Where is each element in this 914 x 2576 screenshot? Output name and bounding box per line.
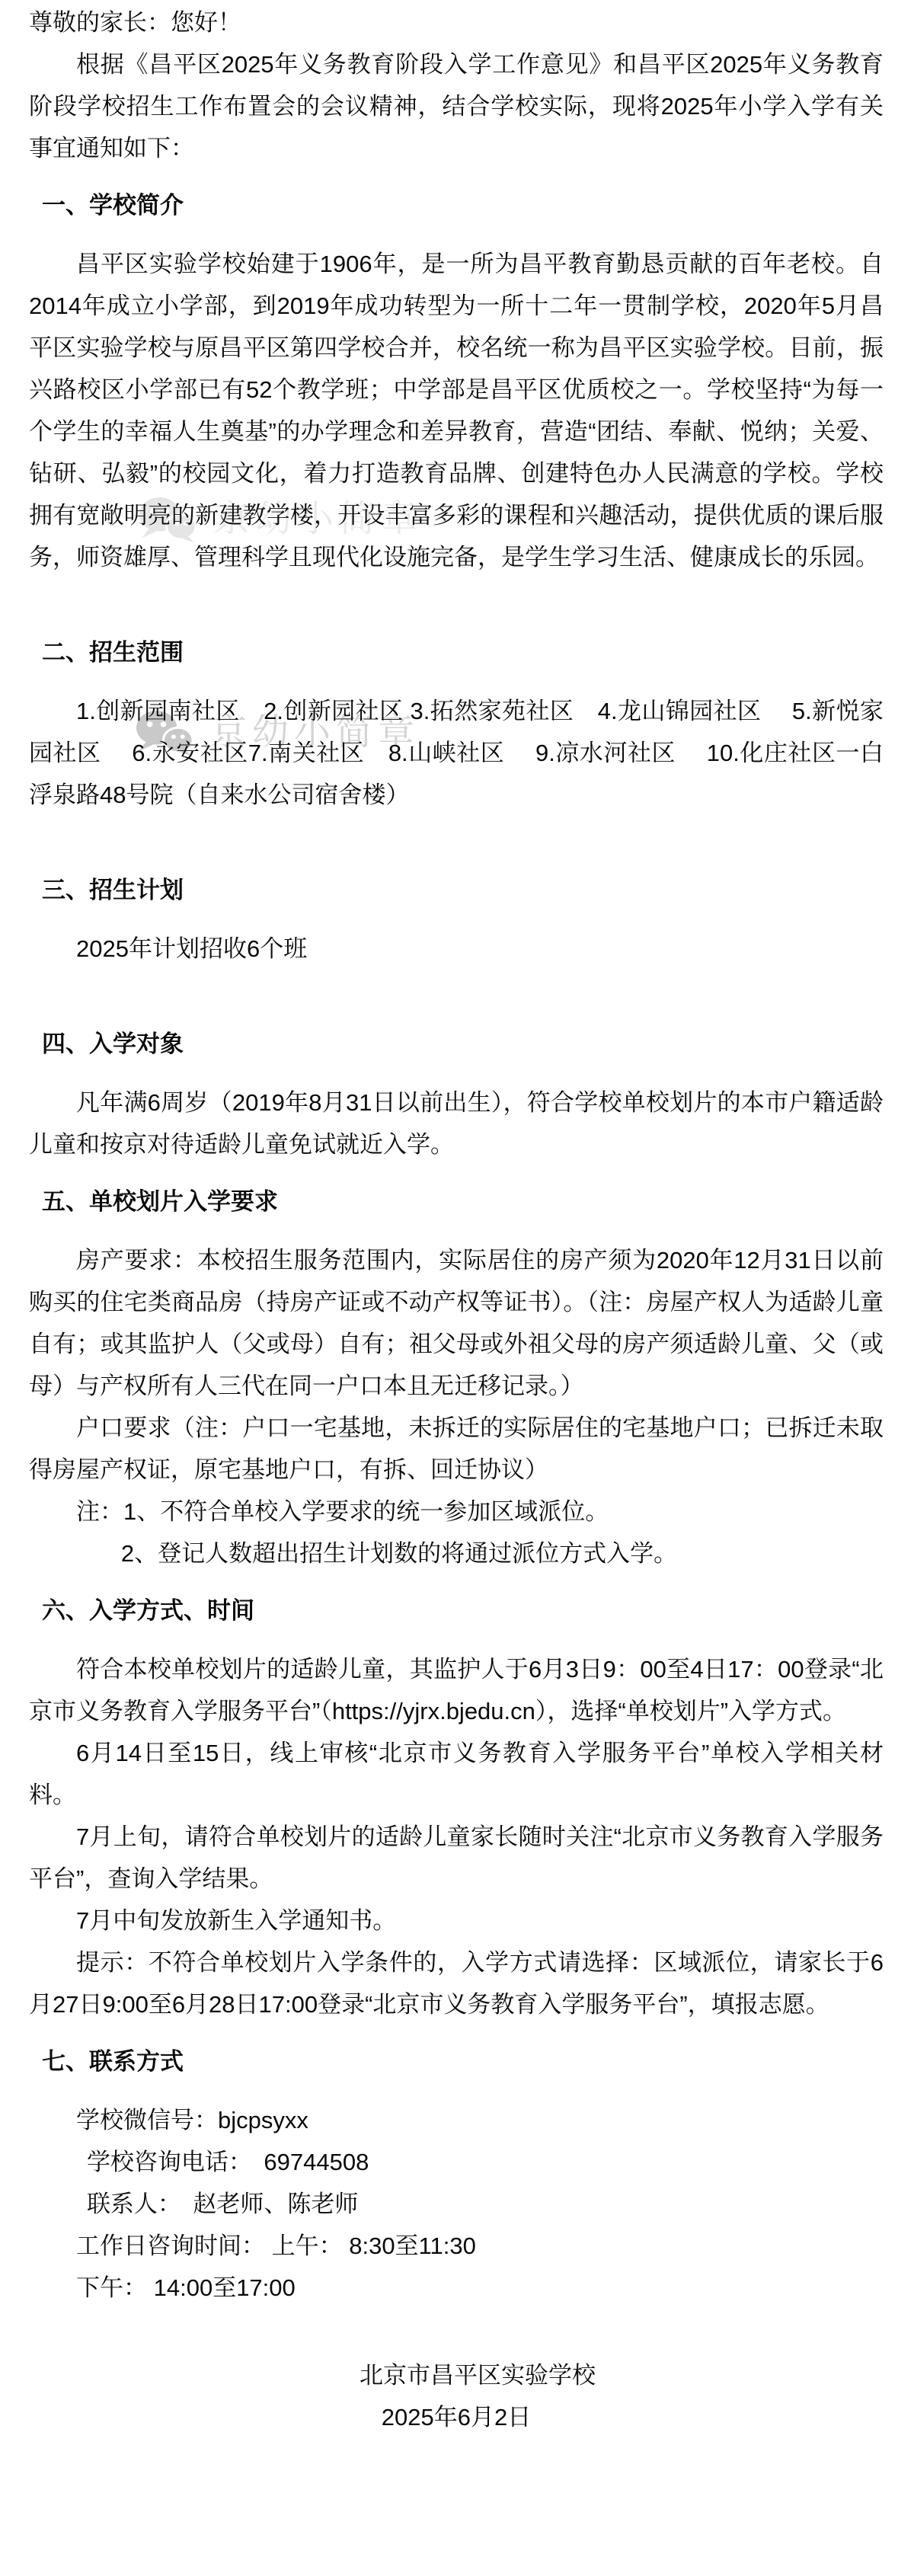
contact-person: 联系人： 赵老师、陈老师: [29, 2183, 884, 2225]
paragraph: 户口要求（注：户口一宅基地，未拆迁的实际居住的宅基地户口；已拆迁未取得房屋产权证…: [29, 1407, 884, 1491]
salutation: 尊敬的家长：您好！: [29, 2, 884, 43]
paragraph: 2025年计划招收6个班: [29, 928, 884, 970]
contact-hours-morning: 工作日咨询时间： 上午： 8:30至11:30: [29, 2225, 884, 2267]
section-title-5: 五、单校划片入学要求: [29, 1181, 884, 1222]
section-target-students: 四、入学对象 凡年满6周岁（2019年8月31日以前出生），符合学校单校划片的本…: [29, 1023, 884, 1165]
section-enrollment-scope: 二、招生范围 1.创新园南社区 2.创新园社区 3.拓然家苑社区 4.龙山锦园社…: [29, 631, 884, 816]
paragraph: 房产要求：本校招生服务范围内，实际居住的房产须为2020年12月31日以前购买的…: [29, 1239, 884, 1407]
section-requirements: 五、单校划片入学要求 房产要求：本校招生服务范围内，实际居住的房产须为2020年…: [29, 1181, 884, 1574]
section-title-3: 三、招生计划: [29, 869, 884, 911]
intro-paragraph: 根据《昌平区2025年义务教育阶段入学工作意见》和昌平区2025年义务教育阶段学…: [29, 43, 884, 169]
paragraph: 提示：不符合单校划片入学条件的，入学方式请选择：区域派位，请家长于6月27日9:…: [29, 1942, 884, 2025]
signature-date: 2025年6月2日: [29, 2396, 884, 2438]
paragraph: 凡年满6周岁（2019年8月31日以前出生），符合学校单校划片的本市户籍适龄儿童…: [29, 1082, 884, 1165]
paragraph: 2、登记人数超出招生计划数的将通过派位方式入学。: [29, 1532, 884, 1574]
section-method-time: 六、入学方式、时间 符合本校单校划片的适龄儿童，其监护人于6月3日9：00至4日…: [29, 1590, 884, 2025]
paragraph: 符合本校单校划片的适龄儿童，其监护人于6月3日9：00至4日17：00登录“北京…: [29, 1648, 884, 1732]
section-title-1: 一、学校简介: [29, 184, 884, 226]
section-title-6: 六、入学方式、时间: [29, 1590, 884, 1632]
section-title-2: 二、招生范围: [29, 631, 884, 673]
paragraph: 1.创新园南社区 2.创新园社区 3.拓然家苑社区 4.龙山锦园社区 5.新悦家…: [29, 690, 884, 816]
section-school-intro: 一、学校简介 昌平区实验学校始建于1906年，是一所为昌平教育勤恳贡献的百年老校…: [29, 184, 884, 578]
section-title-4: 四、入学对象: [29, 1023, 884, 1065]
paragraph: 7月中旬发放新生入学通知书。: [29, 1900, 884, 1942]
signature: 北京市昌平区实验学校 2025年6月2日: [29, 2354, 884, 2438]
section-title-7: 七、联系方式: [29, 2041, 884, 2082]
paragraph: 6月14日至15日，线上审核“北京市义务教育入学服务平台”单校入学相关材料。: [29, 1732, 884, 1816]
contact-phone: 学校咨询电话： 69744508: [29, 2141, 884, 2183]
section-contact: 七、联系方式 学校微信号：bjcpsyxx 学校咨询电话： 69744508 联…: [29, 2041, 884, 2309]
contact-hours-afternoon: 下午： 14:00至17:00: [29, 2267, 884, 2309]
notice-document: 尊敬的家长：您好！ 根据《昌平区2025年义务教育阶段入学工作意见》和昌平区20…: [0, 0, 914, 2438]
paragraph: 注：1、不符合单校入学要求的统一参加区域派位。: [29, 1491, 884, 1532]
paragraph: 昌平区实验学校始建于1906年，是一所为昌平教育勤恳贡献的百年老校。自2014年…: [29, 243, 884, 578]
contact-wechat: 学校微信号：bjcpsyxx: [29, 2099, 884, 2141]
signature-school: 北京市昌平区实验学校: [29, 2354, 884, 2396]
paragraph: 7月上旬，请符合单校划片的适龄儿童家长随时关注“北京市义务教育入学服务平台”，查…: [29, 1816, 884, 1900]
section-enrollment-plan: 三、招生计划 2025年计划招收6个班: [29, 869, 884, 970]
